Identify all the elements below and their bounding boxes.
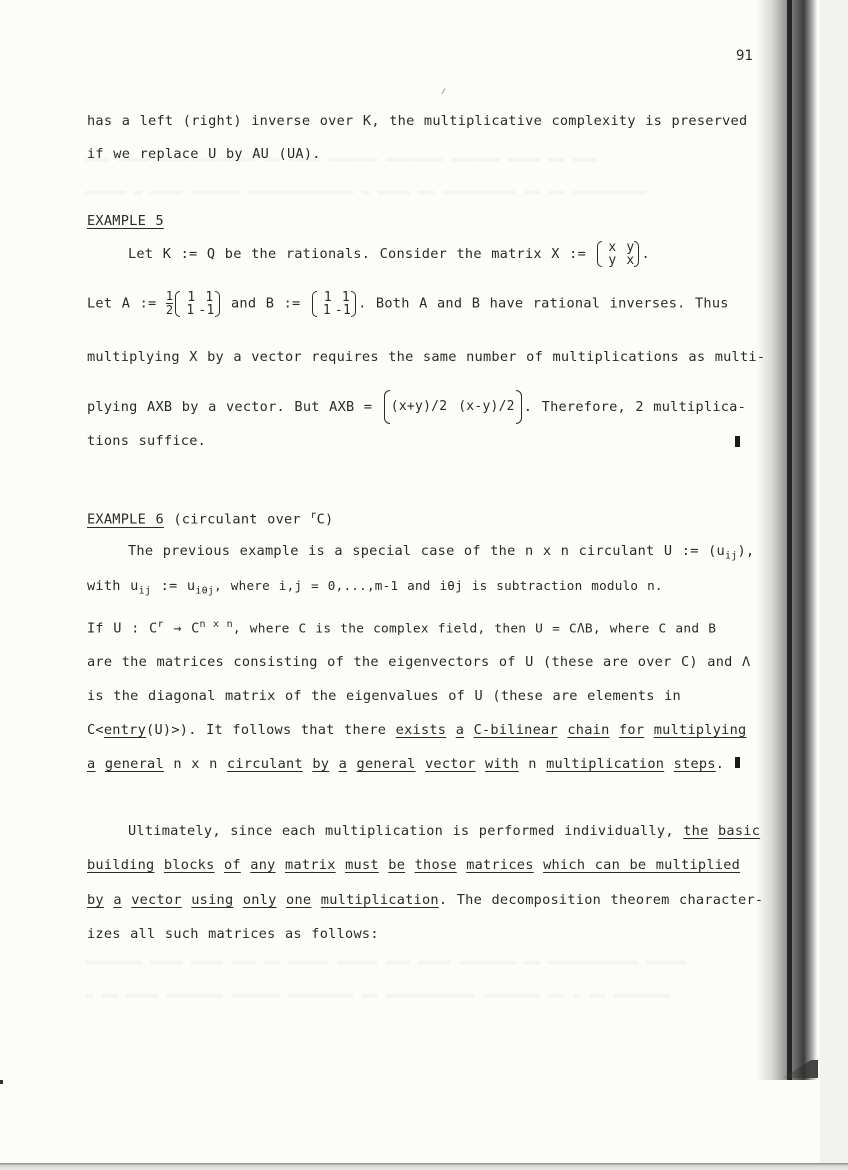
underlined-word: using: [191, 892, 233, 908]
paragraph-line: is the diagonal matrix of the eigenvalue…: [87, 688, 681, 704]
underlined-phrase: circulant by a general vector with: [227, 756, 519, 772]
edge-mark: [0, 1080, 3, 1084]
text: plying AXB by a vector. But AXB =: [87, 399, 382, 415]
underlined-word: multiplication: [546, 756, 664, 772]
example-6-line-3: If U : Cr → Cn x n, where C is the compl…: [87, 619, 716, 637]
example-5-line-4: plying AXB by a vector. But AXB = (x+y)/…: [87, 390, 746, 424]
text: . The decomposition theorem character-: [439, 892, 764, 908]
text: . Therefore, 2 multiplica-: [524, 399, 746, 415]
superscript: n x n: [200, 619, 233, 630]
fraction-one-half: 12: [166, 290, 173, 317]
text: with u: [87, 578, 139, 594]
underlined-phrase: the basic: [683, 823, 760, 839]
qed-mark: [735, 757, 740, 768]
underlined-word: be: [388, 857, 405, 873]
matrix-AXB: (x+y)/2(x-y)/2: [384, 390, 522, 424]
page-bottom-edge: [0, 1163, 848, 1170]
subscript: iθj: [195, 586, 214, 597]
underlined-word: exists: [396, 722, 447, 738]
stray-pen-mark: [442, 88, 446, 94]
underlined-word: of: [224, 857, 241, 873]
text: .: [716, 756, 724, 772]
subscript: ij: [139, 586, 152, 597]
underlined-word: which can be multiplied: [543, 857, 740, 873]
paragraph-line: tions suffice.: [87, 433, 206, 449]
example-5-line-2: Let A := 12111-1 and B := 111-1. Both A …: [87, 290, 729, 317]
underlined-word: multiplying: [654, 722, 747, 738]
underlined-phrase: building blocks of any matrix must be th…: [87, 857, 740, 873]
underlined-word: by: [312, 756, 329, 772]
underlined-word: vector: [425, 756, 476, 772]
underlined-word: building: [87, 857, 154, 873]
underlined-word: basic: [718, 823, 760, 839]
text: (circulant over: [164, 512, 310, 528]
underlined-word: general: [105, 756, 164, 772]
document-page: ▬▬▬ ▬▬ ▬▬▬▬ ▬▬▬▬▬▬ ▬▬▬▬▬▬▬ ▬▬▬▬▬▬ ▬▬▬▬ ▬…: [0, 0, 820, 1163]
paragraph-line: multiplying X by a vector requires the s…: [87, 349, 765, 365]
underlined-word: a: [87, 756, 95, 772]
example-5-line-1: Let K := Q be the rationals. Consider th…: [128, 241, 650, 267]
underlined-word: matrix: [285, 857, 336, 873]
text: (U)>). It follows that there: [146, 722, 396, 738]
underlined-phrase: a general: [87, 756, 164, 772]
text: If U : C: [87, 621, 157, 637]
underlined-word: with: [485, 756, 519, 772]
example-6-heading-line: EXAMPLE 6 (circulant over rC): [87, 510, 333, 528]
underlined-word: steps: [674, 756, 716, 772]
underlined-word: only: [243, 892, 277, 908]
underlined-word: one: [286, 892, 311, 908]
underlined-word: chain: [567, 722, 609, 738]
example-5-heading: EXAMPLE 5: [87, 213, 164, 229]
underlined-word: for: [619, 722, 644, 738]
text: n x n: [164, 756, 227, 772]
underlined-word: circulant: [227, 756, 303, 772]
binding-shadow: [757, 0, 817, 1080]
text: ),: [738, 543, 755, 559]
matrix-X: xyyx: [597, 241, 639, 267]
qed-mark: [735, 436, 740, 447]
text: , where C is the complex field, then U =…: [233, 622, 716, 637]
underlined-word: C-bilinear: [474, 722, 558, 738]
scan-margin: [820, 0, 848, 1170]
text: C<: [87, 722, 104, 738]
example-6-line-6: C<entry(U)>). It follows that there exis…: [87, 722, 746, 738]
text: C): [317, 512, 334, 528]
underlined-word: those: [415, 857, 457, 873]
example-6-line-1: The previous example is a special case o…: [128, 543, 754, 562]
show-through-text: ▬▬▬▬▬ ▬▬▬▬▬▬▬▬▬▬▬ ▬▬ ▬▬▬▬▬▬▬ ▬▬▬▬ ▬▬▬ ▬▬…: [85, 955, 686, 970]
text: → C: [164, 621, 200, 637]
underlined-word: a: [456, 722, 464, 738]
matrix-A: 111-1: [175, 291, 219, 317]
example-6-line-7: a general n x n circulant by a general v…: [87, 756, 724, 772]
paragraph-line: are the matrices consisting of the eigen…: [87, 654, 750, 670]
text: Ultimately, since each multiplication is…: [128, 823, 683, 839]
underlined-phrase: exists a C-bilinear chain for multiplyin…: [396, 722, 747, 738]
underlined-word: by: [87, 892, 104, 908]
text: The previous example is a special case o…: [128, 543, 725, 559]
text: Let K := Q be the rationals. Consider th…: [128, 246, 595, 262]
matrix-B: 111-1: [312, 291, 356, 317]
underlined-word: a: [339, 756, 347, 772]
underlined-phrase: by a vector using only one multiplicatio…: [87, 892, 439, 908]
underlined-word: matrices: [466, 857, 533, 873]
text: and B :=: [222, 296, 310, 312]
text: .: [641, 246, 649, 262]
underlined-word: vector: [131, 892, 182, 908]
example-6-line-2: with uij := uiθj, where i,j = 0,...,m-1 …: [87, 578, 663, 597]
underlined-word: multiplication: [321, 892, 439, 908]
show-through-text: ▬▬▬▬▬▬▬ ▬▬ ▬ ▬▬ ▬▬▬▬▬▬▬ ▬▬▬▬▬▬▬▬▬▬▬ ▬▬ ▬…: [85, 988, 670, 1003]
underlined-word: must: [345, 857, 379, 873]
conclusion-line-3: by a vector using only one multiplicatio…: [87, 892, 763, 908]
show-through-text: ▬▬▬▬▬▬▬▬▬ ▬▬ ▬▬ ▬▬▬▬▬▬▬▬▬ ▬▬ ▬▬▬▬ ▬ ▬▬▬▬…: [85, 185, 646, 200]
conclusion-line-1: Ultimately, since each multiplication is…: [128, 823, 760, 839]
underlined-word: the: [683, 823, 708, 839]
text: . Both A and B have rational inverses. T…: [358, 296, 729, 312]
underlined-text: entry: [104, 722, 146, 738]
underlined-word: blocks: [164, 857, 215, 873]
example-6-heading: EXAMPLE 6: [87, 512, 164, 528]
text: , where i,j = 0,...,m-1 and iθj is subtr…: [214, 578, 663, 593]
paragraph-line: izes all such matrices as follows:: [87, 926, 379, 942]
underlined-phrase: multiplication steps: [546, 756, 716, 772]
paragraph-line: has a left (right) inverse over K, the m…: [87, 113, 747, 129]
text: n: [519, 756, 546, 772]
paragraph-line: if we replace U by AU (UA).: [87, 146, 321, 162]
text: Let A :=: [87, 296, 166, 312]
underlined-word: any: [250, 857, 275, 873]
underlined-word: a: [113, 892, 121, 908]
text: := u: [151, 578, 195, 594]
underlined-word: general: [357, 756, 416, 772]
conclusion-line-2: building blocks of any matrix must be th…: [87, 857, 740, 873]
page-number: 91: [736, 48, 753, 64]
subscript: ij: [725, 551, 738, 562]
